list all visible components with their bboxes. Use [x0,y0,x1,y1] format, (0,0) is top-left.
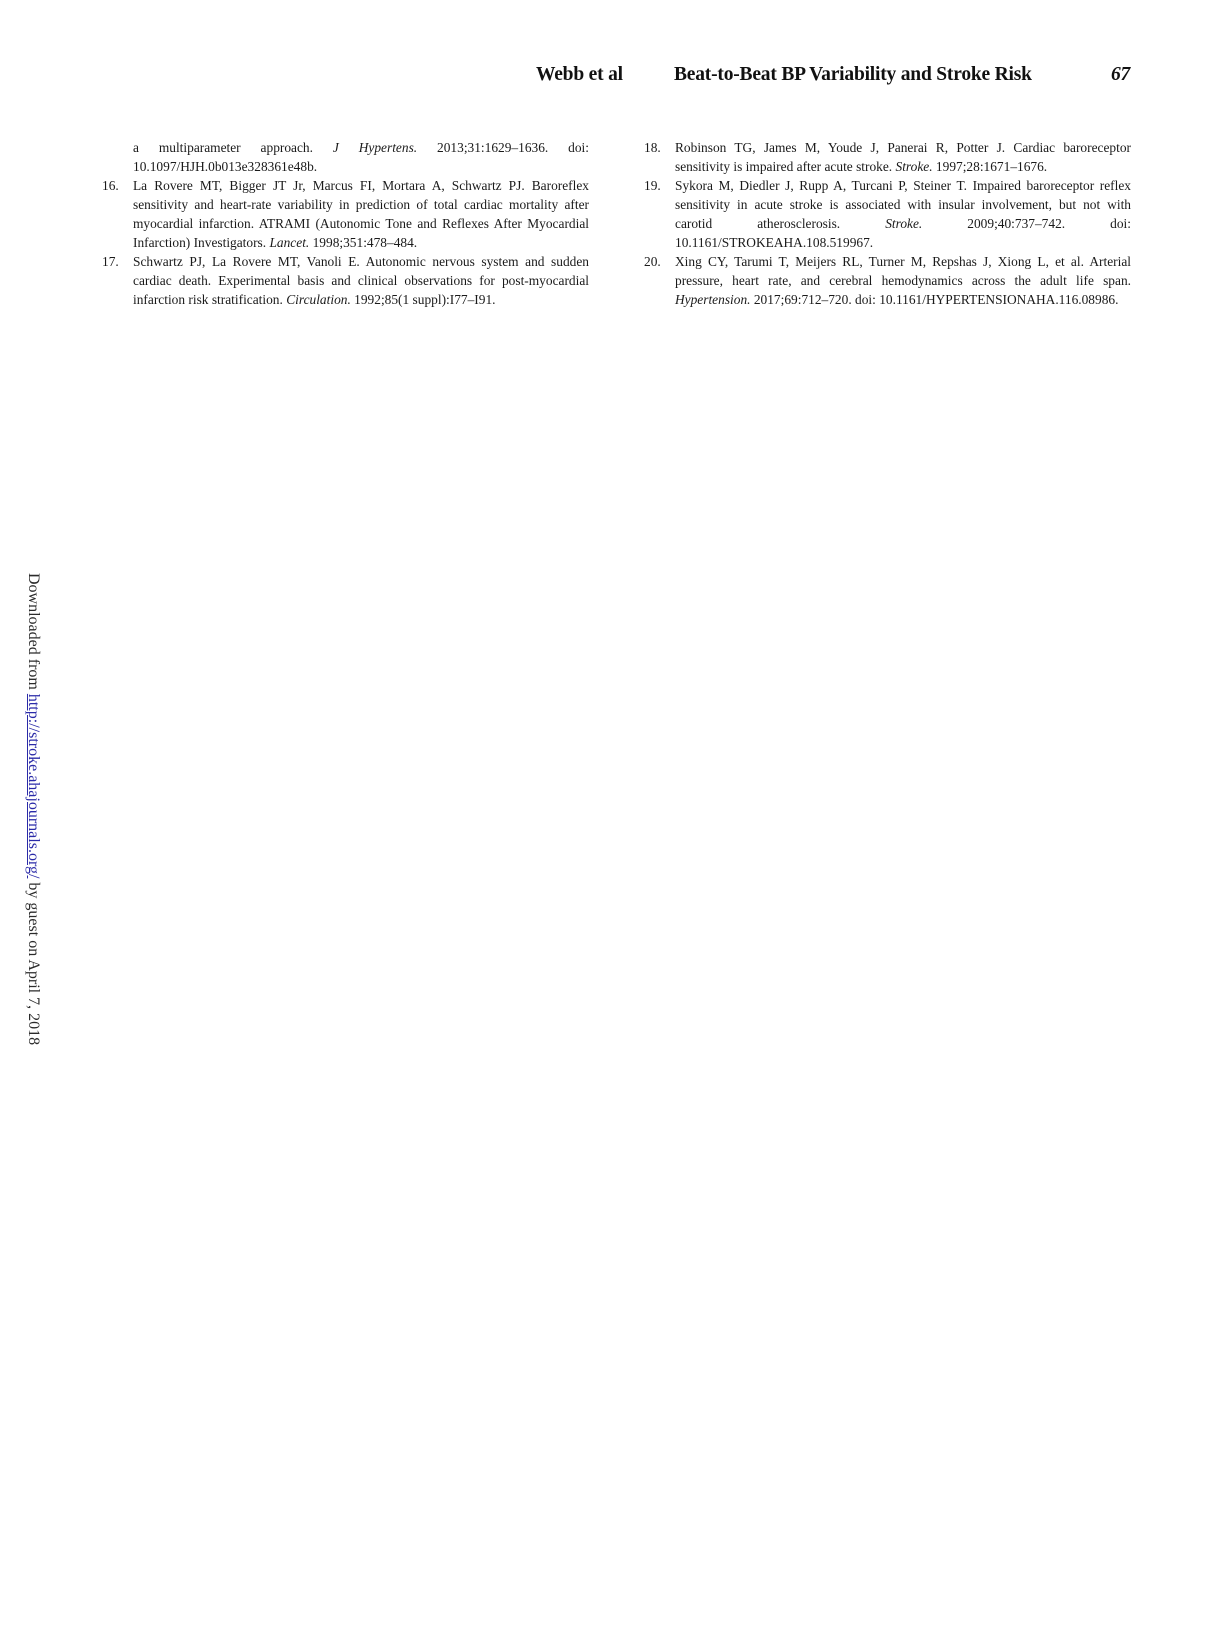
reference-text: Xing CY, Tarumi T, Meijers RL, Turner M,… [675,254,1131,288]
running-head-authors: Webb et al [536,64,623,86]
reference-20: 20. Xing CY, Tarumi T, Meijers RL, Turne… [644,252,1131,309]
reference-16: 16. La Rovere MT, Bigger JT Jr, Marcus F… [102,176,589,252]
running-head-title: Beat-to-Beat BP Variability and Stroke R… [674,64,1032,86]
journal-site-link[interactable]: http://stroke.ahajournals.org/ [25,694,42,879]
reference-journal: Circulation. [286,292,351,307]
reference-number: 17. [102,252,119,271]
page-number: 67 [1111,64,1130,86]
reference-journal: Stroke. [896,159,933,174]
reference-details: 1998;351:478–484. [309,235,417,250]
download-notice-prefix: Downloaded from [25,573,42,694]
reference-details: 1997;28:1671–1676. [933,159,1048,174]
reference-details: 1992;85(1 suppl):I77–I91. [351,292,496,307]
reference-17: 17. Schwartz PJ, La Rovere MT, Vanoli E.… [102,252,589,309]
reference-number: 19. [644,176,661,195]
reference-number: 20. [644,252,661,271]
download-notice-suffix: by guest on April 7, 2018 [25,878,42,1045]
reference-number: 16. [102,176,119,195]
reference-journal: J Hypertens. [333,140,417,155]
references-right-column: 18. Robinson TG, James M, Youde J, Paner… [644,138,1131,309]
reference-details: 2017;69:712–720. doi: 10.1161/HYPERTENSI… [751,292,1119,307]
reference-18: 18. Robinson TG, James M, Youde J, Paner… [644,138,1131,176]
reference-text: a multiparameter approach. [133,140,333,155]
reference-journal: Lancet. [269,235,309,250]
reference-19: 19. Sykora M, Diedler J, Rupp A, Turcani… [644,176,1131,252]
running-head: Webb et al Beat-to-Beat BP Variability a… [536,64,1136,94]
download-notice: Downloaded from http://stroke.ahajournal… [24,573,42,1045]
reference-15-continued: a multiparameter approach. J Hypertens. … [102,138,589,176]
reference-number: 18. [644,138,661,157]
references-left-column: a multiparameter approach. J Hypertens. … [102,138,589,309]
reference-journal: Hypertension. [675,292,751,307]
reference-journal: Stroke. [885,216,922,231]
